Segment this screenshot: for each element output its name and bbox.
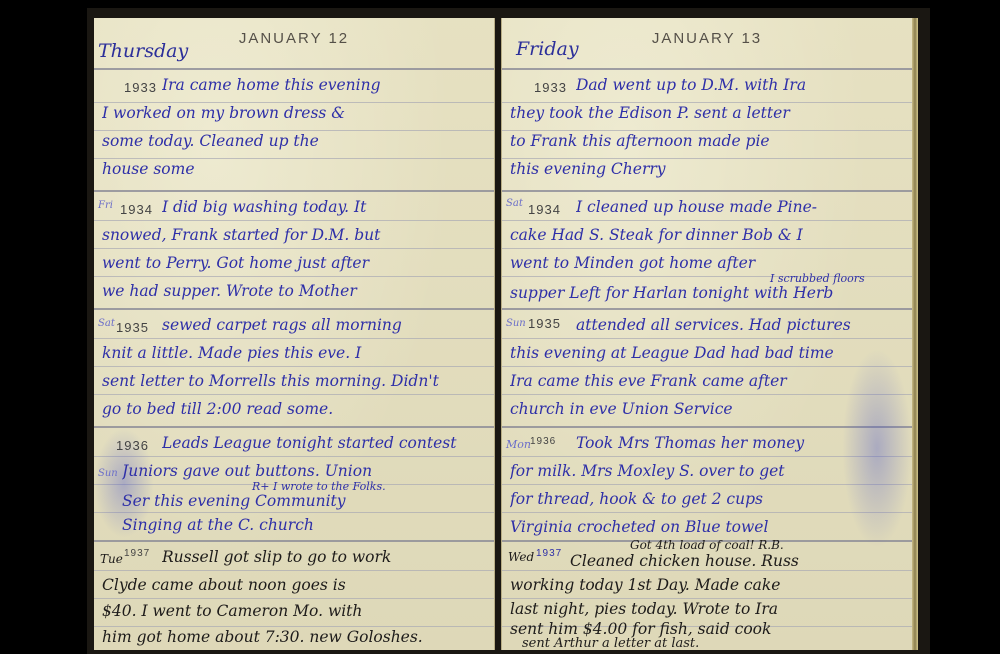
entry-line: Virginia crocheted on Blue towel — [510, 518, 904, 536]
open-diary: JANUARY 12 Thursday 1933 Ira came home t… — [87, 8, 930, 654]
entry-1933: 1933 Dad went up to D.M. with Ira they t… — [510, 70, 904, 190]
left-page: JANUARY 12 Thursday 1933 Ira came home t… — [94, 18, 495, 650]
margin-weekday: Sun — [506, 318, 526, 329]
margin-weekday: Tue — [100, 552, 123, 566]
margin-weekday: Fri — [98, 200, 113, 211]
page-edges — [912, 18, 918, 650]
entry-1937: Tue 1937 Russell got slip to go to work … — [102, 542, 486, 650]
margin-weekday: Sat — [506, 198, 523, 209]
entry-line: I cleaned up house made Pine- — [576, 198, 904, 216]
entry-line: snowed, Frank started for D.M. but — [102, 226, 486, 244]
entry-1934: Fri 1934 I did big washing today. It sno… — [102, 192, 486, 308]
entry-1937: Wed 1937 Got 4th load of coal! R.B. Clea… — [510, 542, 904, 650]
entry-line: church in eve Union Service — [510, 400, 904, 418]
margin-weekday: Sat — [98, 318, 115, 329]
entry-line: I did big washing today. It — [162, 198, 486, 216]
entry-year: 1934 — [528, 202, 561, 217]
entry-line: Ira came this eve Frank came after — [510, 372, 904, 390]
entry-1933: 1933 Ira came home this evening I worked… — [102, 70, 486, 190]
entry-year: 1935 — [116, 320, 149, 335]
entry-line: this evening Cherry — [510, 160, 904, 178]
entry-line: went to Perry. Got home just after — [102, 254, 486, 272]
entry-year: 1937 — [536, 548, 562, 559]
entry-line: Cleaned chicken house. Russ — [570, 552, 904, 570]
weekday: Thursday — [98, 40, 188, 62]
entry-line: to Frank this afternoon made pie — [510, 132, 904, 150]
entry-year: 1936 — [530, 436, 556, 447]
insertion-note: Got 4th load of coal! R.B. — [630, 538, 784, 552]
entry-line: Leads League tonight started contest — [162, 434, 486, 452]
entry-line: him got home about 7:30. new Goloshes. — [102, 628, 486, 646]
entry-line: Dad went up to D.M. with Ira — [576, 76, 904, 94]
entry-line: go to bed till 2:00 read some. — [102, 400, 486, 418]
entry-line: house some — [102, 160, 486, 178]
weekday: Friday — [516, 38, 579, 60]
entry-line: this evening at League Dad had bad time — [510, 344, 904, 362]
entry-line: last night, pies today. Wrote to Ira — [510, 600, 904, 618]
entry-line: some today. Cleaned up the — [102, 132, 486, 150]
entry-line: for thread, hook & to get 2 cups — [510, 490, 904, 508]
entry-line: sent letter to Morrells this morning. Di… — [102, 372, 486, 390]
entry-1936: Sun 1936 Leads League tonight started co… — [102, 428, 486, 540]
entry-year: 1933 — [124, 80, 157, 95]
entry-1935: Sat 1935 sewed carpet rags all morning k… — [102, 310, 486, 426]
entry-line: Singing at the C. church — [122, 516, 486, 534]
entry-line: cake Had S. Steak for dinner Bob & I — [510, 226, 904, 244]
entry-line: Ira came home this evening — [162, 76, 486, 94]
entry-line: attended all services. Had pictures — [576, 316, 904, 334]
entry-1935: Sun 1935 attended all services. Had pict… — [510, 310, 904, 426]
margin-weekday: Wed — [508, 550, 534, 564]
entry-line: we had supper. Wrote to Mother — [102, 282, 486, 300]
margin-weekday: Sun — [98, 468, 118, 479]
entry-year: 1933 — [534, 80, 567, 95]
entry-line: Clyde came about noon goes is — [102, 576, 486, 594]
entry-line: sent Arthur a letter at last. — [522, 636, 904, 651]
entry-line: Took Mrs Thomas her money — [576, 434, 904, 452]
entry-line: I worked on my brown dress & — [102, 104, 486, 122]
entry-line: sewed carpet rags all morning — [162, 316, 486, 334]
entry-line: Russell got slip to go to work — [162, 548, 486, 566]
entry-year: 1934 — [120, 202, 153, 217]
entry-line: $40. I went to Cameron Mo. with — [102, 602, 486, 620]
entry-1934: Sat 1934 I cleaned up house made Pine- c… — [510, 192, 904, 308]
entry-1936: Mon 1936 Took Mrs Thomas her money for m… — [510, 428, 904, 540]
entry-year: 1937 — [124, 548, 150, 559]
entry-line: working today 1st Day. Made cake — [510, 576, 904, 594]
entry-line: Ser this evening Community — [122, 492, 486, 510]
entry-year: 1936 — [116, 438, 149, 453]
right-page: JANUARY 13 Friday 1933 Dad went up to D.… — [501, 18, 912, 650]
entry-line: Juniors gave out buttons. Union — [122, 462, 486, 480]
entry-line: for milk. Mrs Moxley S. over to get — [510, 462, 904, 480]
entry-year: 1935 — [528, 316, 561, 331]
entry-line: went to Minden got home after — [510, 254, 904, 272]
entry-line: they took the Edison P. sent a letter — [510, 104, 904, 122]
entry-line: knit a little. Made pies this eve. I — [102, 344, 486, 362]
entry-line: supper Left for Harlan tonight with Herb — [510, 284, 904, 302]
margin-weekday: Mon — [506, 438, 531, 451]
